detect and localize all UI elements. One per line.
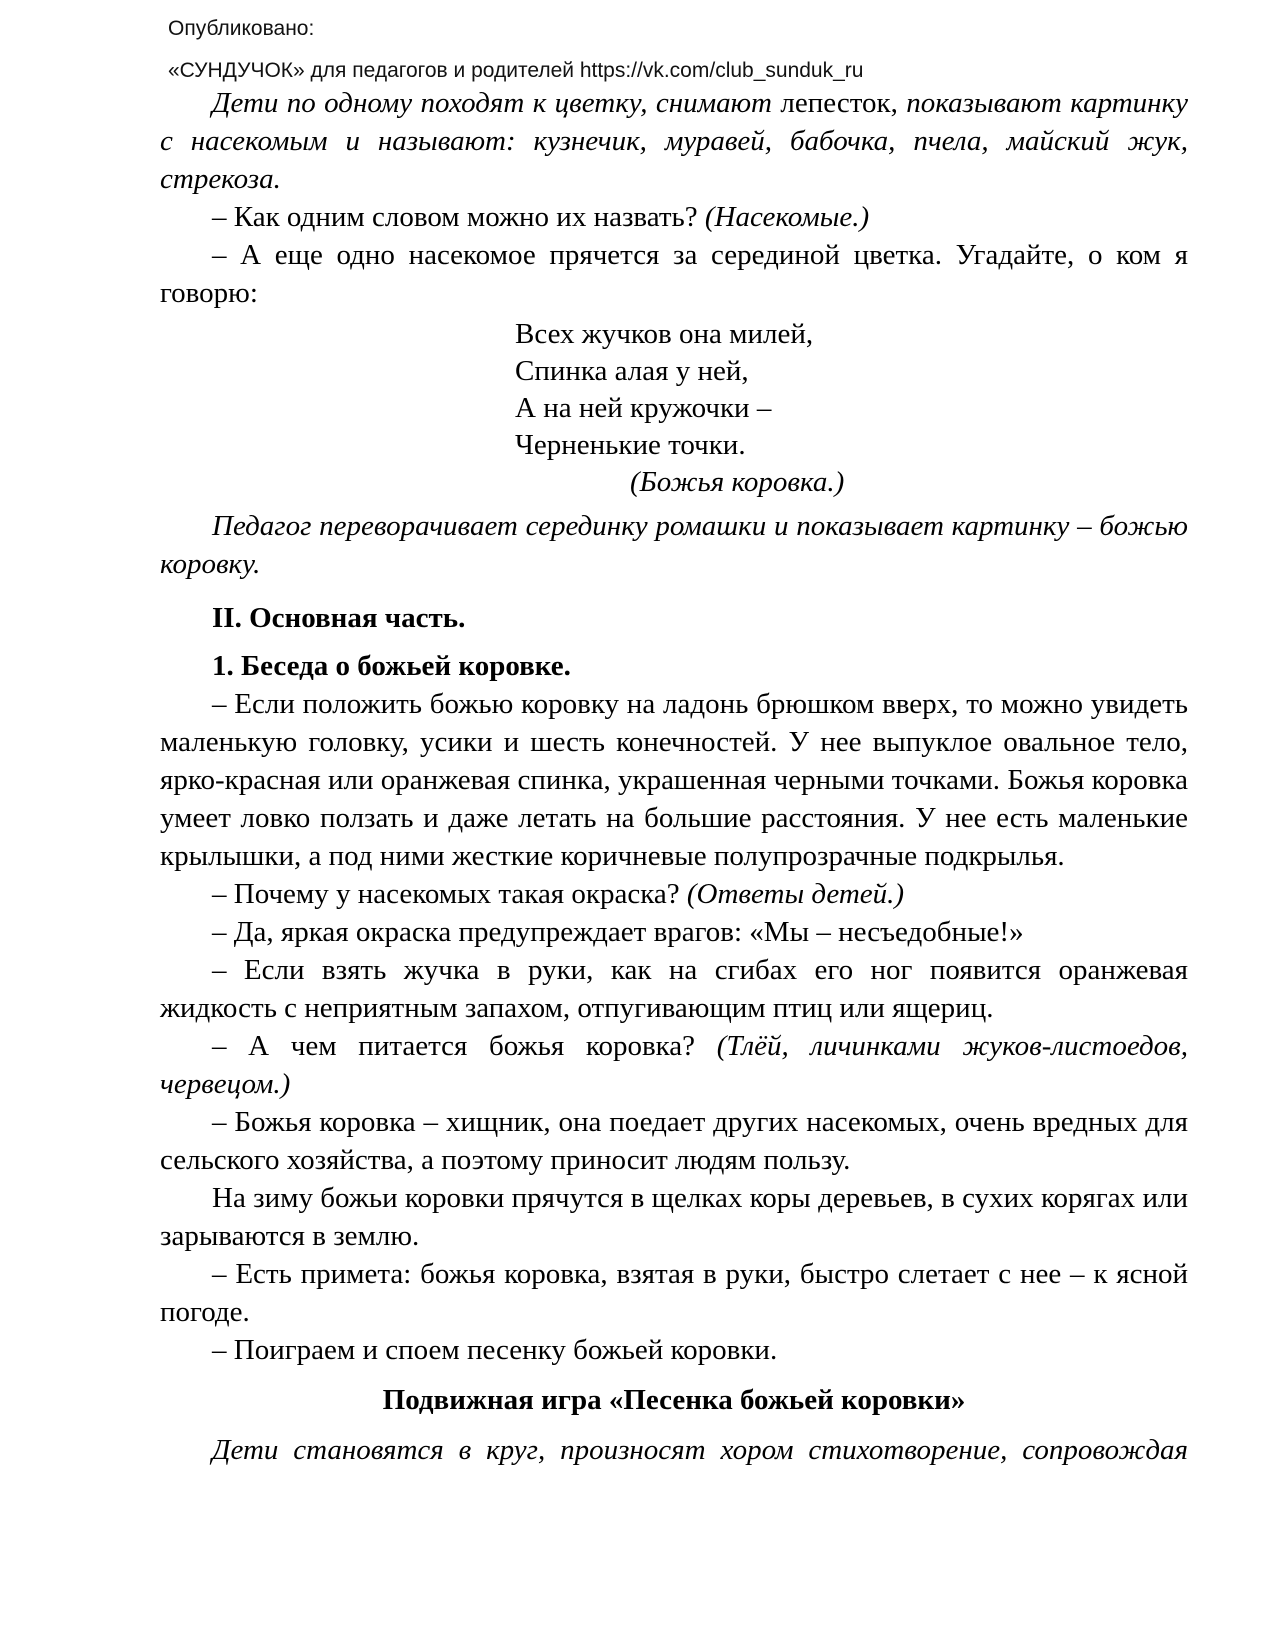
question-food-paragraph: – А чем питается божья коровка? (Тлёй, л…	[160, 1027, 1188, 1103]
question-one-word-text: – Как одним словом можно их назвать?	[212, 201, 705, 233]
statement-play-paragraph: – Поиграем и споем песенку божьей коровк…	[160, 1331, 1188, 1369]
riddle-line: А на ней кружочки –	[515, 390, 1188, 427]
intro-action-italic-start: Дети по одному походят к цветку, снимают	[212, 87, 772, 119]
question-color-paragraph: – Почему у насекомых такая окраска? (Отв…	[160, 875, 1188, 913]
subsection-heading: 1. Беседа о божьей коровке.	[160, 647, 1188, 685]
section-heading: II. Основная часть.	[160, 599, 1188, 637]
statement-winter-paragraph: На зиму божьи коровки прячутся в щелках …	[160, 1179, 1188, 1255]
stage-direction-paragraph: Педагог переворачивает серединку ромашки…	[160, 507, 1188, 583]
question-food-text: – А чем питается божья коровка?	[212, 1030, 717, 1062]
question-color-answer: (Ответы детей.)	[687, 878, 904, 910]
riddle-line: Спинка алая у ней,	[515, 353, 1188, 390]
intro-action-regular-mid: лепесток,	[772, 87, 906, 119]
question-one-word-answer: (Насекомые.)	[705, 201, 869, 233]
statement-warning-paragraph: – Да, яркая окраска предупреждает врагов…	[160, 913, 1188, 951]
riddle-poem: Всех жучков она милей, Спинка алая у ней…	[515, 316, 1188, 501]
document-body: Дети по одному походят к цветку, снимают…	[160, 84, 1188, 1469]
source-line: «СУНДУЧОК» для педагогов и родителей htt…	[168, 58, 1188, 84]
published-label: Опубликовано:	[168, 16, 1188, 42]
question-riddle-intro-paragraph: – А еще одно насекомое прячется за серед…	[160, 236, 1188, 312]
statement-liquid-paragraph: – Если взять жучка в руки, как на сгибах…	[160, 951, 1188, 1027]
question-color-text: – Почему у насекомых такая окраска?	[212, 878, 687, 910]
question-one-word-paragraph: – Как одним словом можно их назвать? (На…	[160, 198, 1188, 236]
game-heading: Подвижная игра «Песенка божьей коровки»	[160, 1381, 1188, 1419]
document-page: Опубликовано: «СУНДУЧОК» для педагогов и…	[0, 0, 1275, 1650]
intro-action-paragraph: Дети по одному походят к цветку, снимают…	[160, 84, 1188, 198]
riddle-answer: (Божья коровка.)	[630, 464, 1188, 501]
ladybug-description-paragraph: – Если положить божью коровку на ладонь …	[160, 685, 1188, 875]
statement-predator-paragraph: – Божья коровка – хищник, она поедает др…	[160, 1103, 1188, 1179]
game-direction-paragraph: Дети становятся в круг, произносят хором…	[160, 1431, 1188, 1469]
riddle-line: Всех жучков она милей,	[515, 316, 1188, 353]
statement-omen-paragraph: – Есть примета: божья коровка, взятая в …	[160, 1255, 1188, 1331]
riddle-line: Черненькие точки.	[515, 427, 1188, 464]
